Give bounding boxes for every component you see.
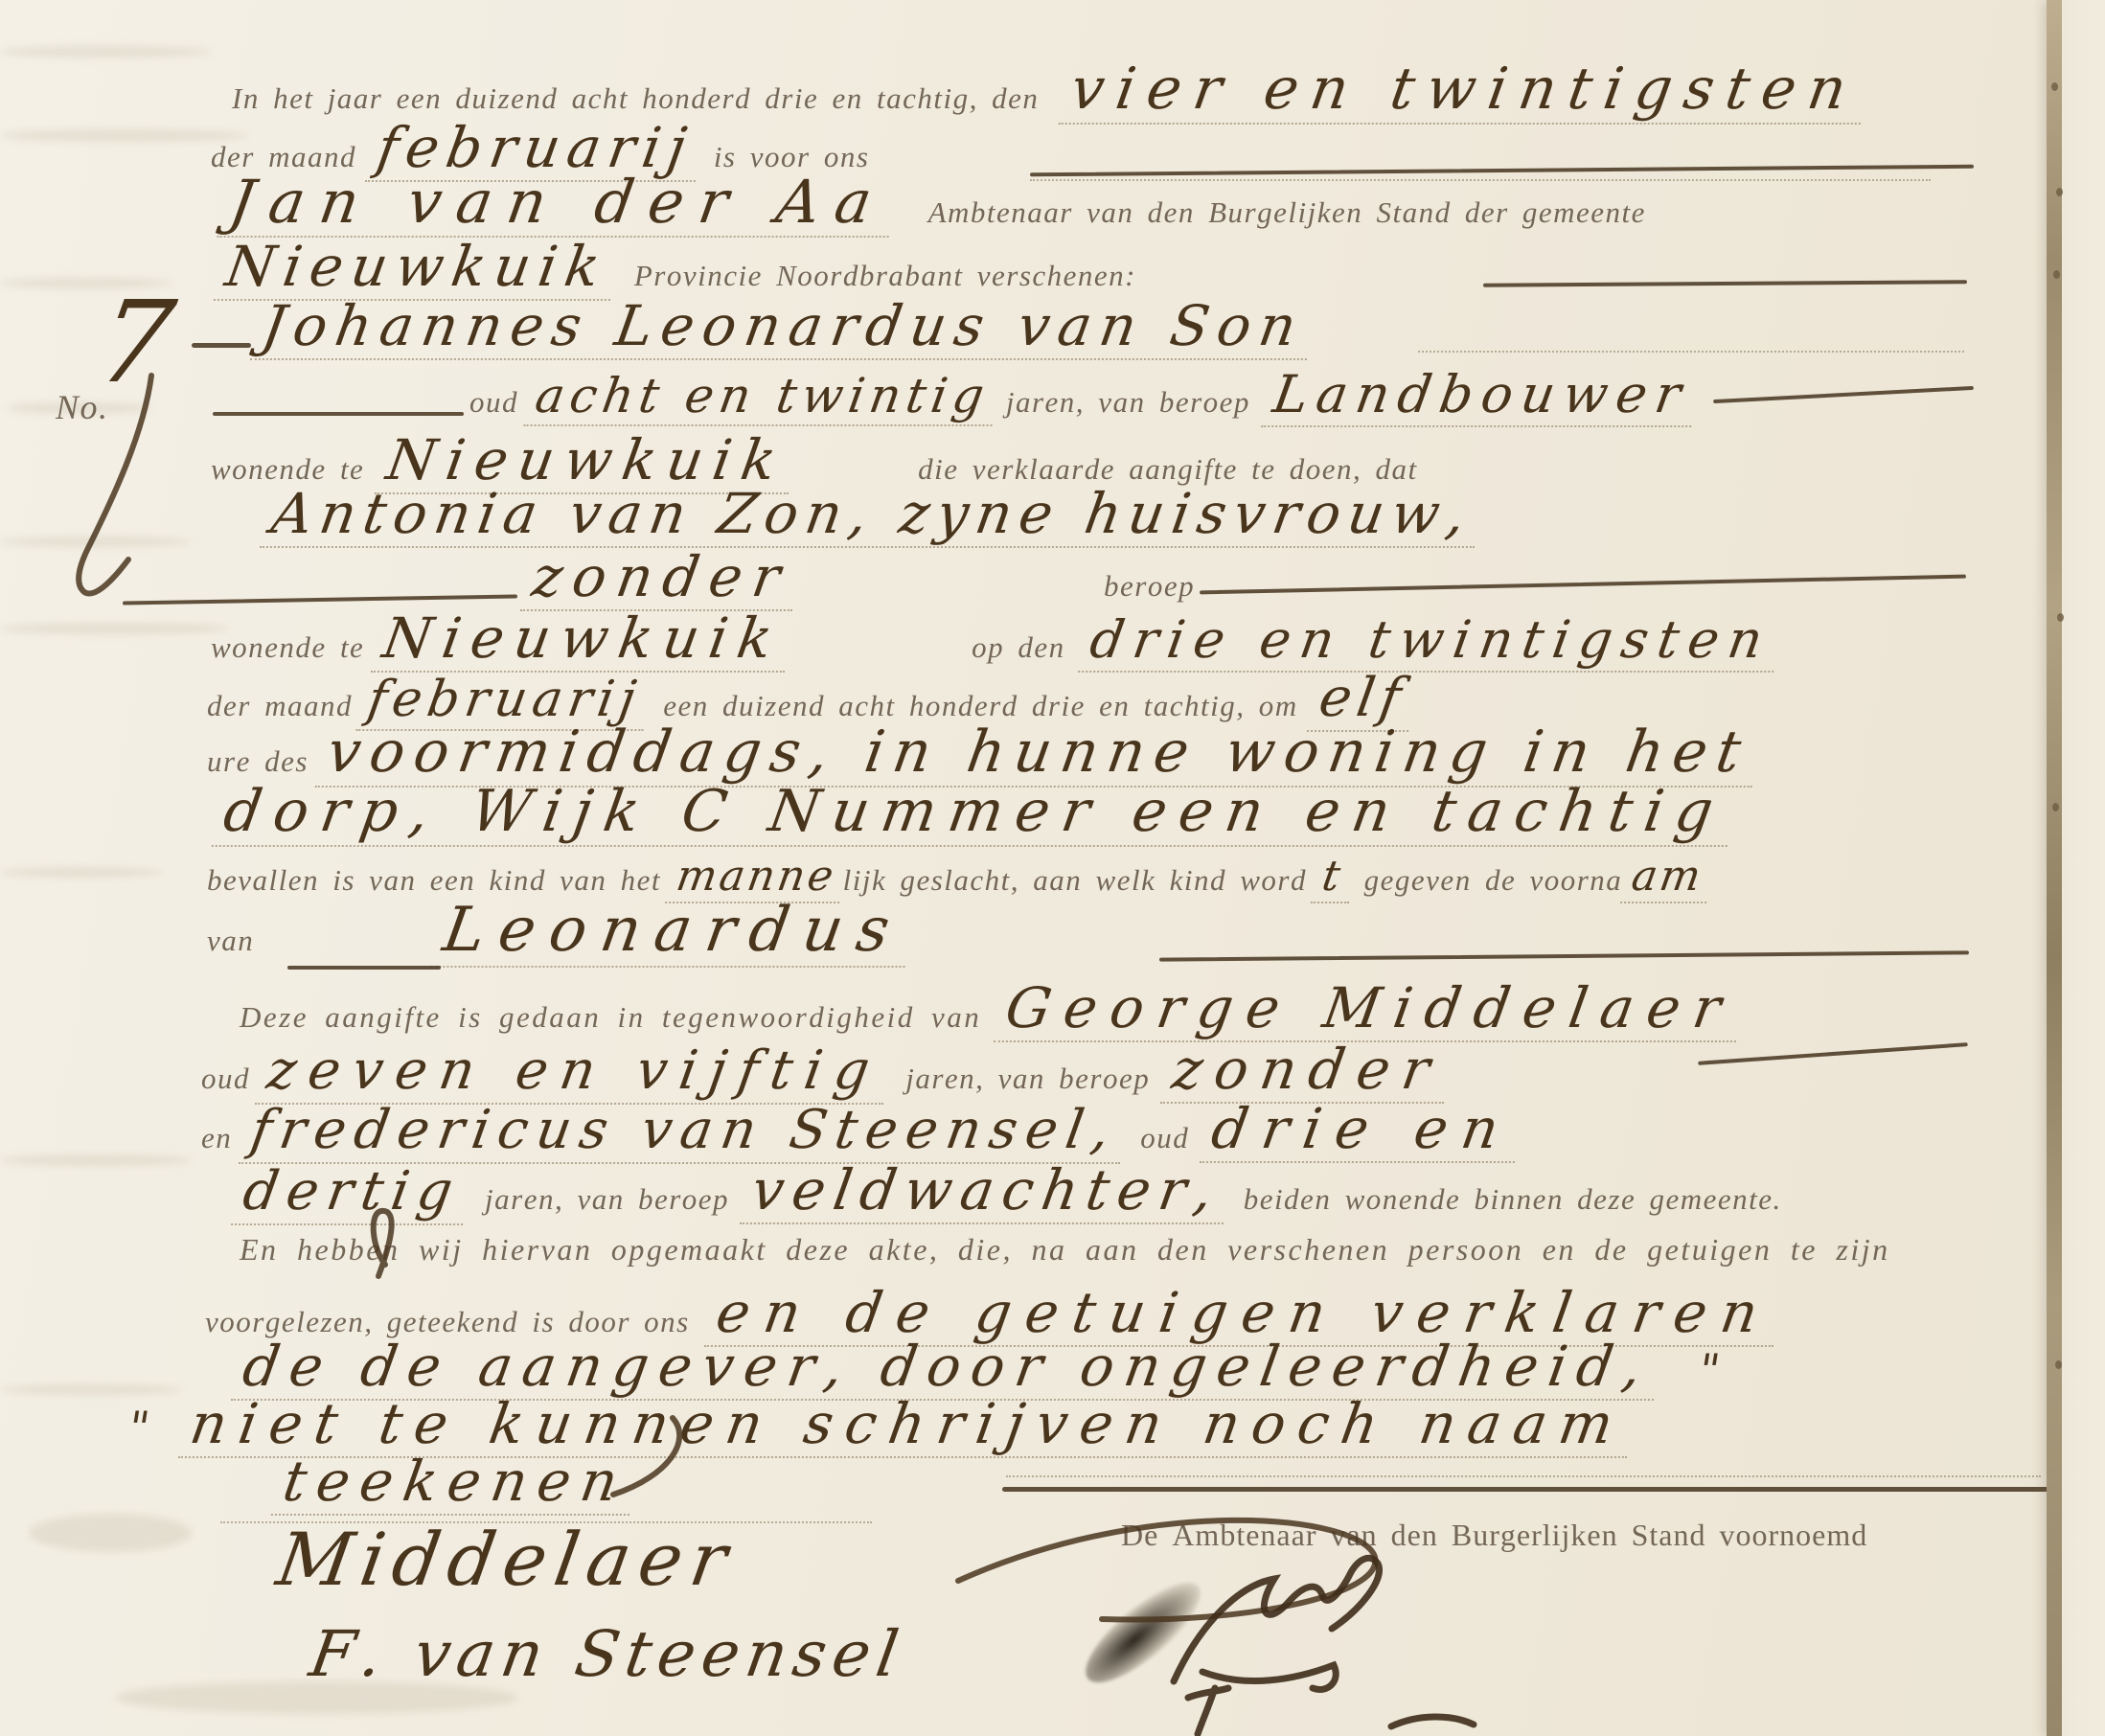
second-signature-start bbox=[1188, 1688, 1228, 1734]
printed-text: En hebben wij hiervan opgemaakt deze akt… bbox=[240, 1232, 1890, 1268]
form-line-10: wonende te Nieuwkuik op den drie en twin… bbox=[211, 609, 1778, 673]
signature-text: Middelaer bbox=[263, 1521, 747, 1601]
form-line-14: bevallen is van een kind van het manne l… bbox=[207, 855, 1710, 903]
printed-text: van bbox=[207, 924, 254, 958]
form-line-04: Nieuwkuik Provincie Noordbrabant versche… bbox=[218, 238, 1136, 301]
seam-speck bbox=[2057, 613, 2064, 622]
printed-text: Provincie Noordbrabant verschenen: bbox=[634, 259, 1136, 293]
handwritten-text: Leonardus bbox=[431, 899, 916, 968]
printed-text: jaren, van beroep bbox=[905, 1062, 1150, 1096]
form-line-15: van Leonardus bbox=[207, 899, 910, 968]
handwritten-number: 7 bbox=[82, 284, 189, 405]
birth-record-page: No. 7 In het jaar een duizend acht honde… bbox=[0, 0, 2105, 1736]
printed-text: lijk geslacht, aan welk kind word bbox=[843, 863, 1307, 898]
closing-official-title: De Ambtenaar van den Burgerlijken Stand … bbox=[1121, 1518, 1867, 1553]
witness-signature-2: F. van Steensel bbox=[303, 1621, 911, 1690]
page-edge bbox=[2062, 0, 2105, 1736]
printed-text: gegeven de voorna bbox=[1364, 863, 1623, 898]
printed-text: oud bbox=[1140, 1121, 1189, 1155]
bleed-mark bbox=[0, 46, 211, 57]
form-line-24: teekenen bbox=[276, 1452, 634, 1516]
handwritten-text: am bbox=[1620, 855, 1714, 903]
form-line-06: oud acht en twintig jaren, van beroep La… bbox=[469, 368, 1696, 427]
dotted-guide bbox=[1006, 1475, 2041, 1477]
printed-text: oud bbox=[469, 385, 518, 420]
handwritten-text: George Middelaer bbox=[994, 979, 1746, 1042]
form-line-08: Antonia van Zon, zyne huisvrouw, bbox=[264, 485, 1479, 548]
printed-text: ure des bbox=[207, 744, 309, 779]
printed-text: De Ambtenaar van den Burgerlijken Stand … bbox=[1121, 1518, 1867, 1553]
printed-text: jaren, van beroep bbox=[1006, 385, 1250, 420]
printed-text: der maand bbox=[207, 689, 353, 723]
ink-line bbox=[1159, 950, 1969, 961]
seam-speck bbox=[2056, 188, 2063, 196]
handwritten-text: acht en twintig bbox=[523, 371, 1000, 426]
form-line-20: En hebben wij hiervan opgemaakt deze akt… bbox=[240, 1232, 1890, 1268]
handwritten-text: fredericus van Steensel, bbox=[239, 1103, 1130, 1164]
ink-line bbox=[1483, 280, 1967, 287]
form-line-13: dorp, Wijk C Nummer een en tachtig bbox=[217, 782, 1732, 847]
form-line-09: zonder beroep bbox=[525, 548, 1195, 611]
seam-speck bbox=[2052, 803, 2059, 811]
form-line-18: en fredericus van Steensel, oud drie en bbox=[201, 1100, 1520, 1164]
form-line-17: oud zeven en vijftig jaren, van beroep z… bbox=[201, 1040, 1449, 1105]
witness-signature-1: Middelaer bbox=[270, 1521, 742, 1601]
handwritten-text: vier en twintigsten bbox=[1059, 59, 1870, 125]
ink-line bbox=[1713, 386, 1974, 403]
handwritten-text: Jan van der Aa bbox=[217, 171, 899, 238]
bleed-mark bbox=[0, 1384, 182, 1395]
printed-text: wonende te bbox=[211, 630, 364, 665]
signature-text: F. van Steensel bbox=[297, 1621, 917, 1690]
printed-text: beroep bbox=[1104, 569, 1195, 604]
ink-line bbox=[1002, 1487, 2056, 1492]
handwritten-text: zonder bbox=[520, 548, 802, 611]
bleed-mark bbox=[0, 1154, 192, 1166]
handwritten-text: drie en twintigsten bbox=[1078, 613, 1783, 673]
printed-text: en bbox=[201, 1121, 232, 1155]
handwritten-text: teekenen bbox=[271, 1452, 640, 1516]
handwritten-text: Nieuwkuik bbox=[371, 609, 794, 673]
ink-line bbox=[213, 412, 464, 416]
form-line-05: Johannes Leonardus van Son bbox=[255, 297, 1312, 360]
bleed-mark bbox=[0, 537, 192, 547]
handwritten-text: Antonia van Zon, zyne huisvrouw, bbox=[260, 485, 1485, 548]
ink-line bbox=[123, 594, 517, 605]
printed-text: beiden wonende binnen deze gemeente. bbox=[1244, 1182, 1782, 1217]
form-line-16: Deze aangifte is gedaan in tegenwoordigh… bbox=[240, 979, 1741, 1042]
handwritten-quote-mark: " bbox=[1687, 1347, 1736, 1396]
handwritten-text: dorp, Wijk C Nummer een en tachtig bbox=[212, 782, 1737, 847]
handwritten-text: Landbouwer bbox=[1261, 368, 1701, 427]
handwritten-text: dertig bbox=[231, 1164, 472, 1225]
handwritten-text: drie en bbox=[1200, 1100, 1524, 1163]
bleed-mark bbox=[29, 1514, 192, 1552]
handwritten-text: Johannes Leonardus van Son bbox=[250, 297, 1316, 360]
seam-speck bbox=[2051, 82, 2058, 91]
printed-text: op den bbox=[972, 630, 1065, 665]
ink-line bbox=[1698, 1042, 1968, 1065]
dotted-guide bbox=[1418, 351, 1964, 353]
ink-line bbox=[287, 966, 441, 970]
seam-speck bbox=[2055, 1360, 2062, 1369]
ink-dash bbox=[192, 343, 251, 348]
handwritten-text: zonder bbox=[1160, 1040, 1453, 1104]
printed-text: In het jaar een duizend acht honderd dri… bbox=[232, 81, 1039, 116]
handwritten-text: t bbox=[1311, 855, 1357, 903]
seam-speck bbox=[2053, 270, 2060, 279]
printed-text: Deze aangifte is gedaan in tegenwoordigh… bbox=[240, 1000, 981, 1035]
handwritten-text: Nieuwkuik bbox=[214, 238, 620, 301]
form-line-19: dertig jaren, van beroep veldwachter, be… bbox=[236, 1161, 1782, 1225]
bleed-mark bbox=[0, 623, 230, 634]
handwritten-text: zeven en vijftig bbox=[255, 1043, 893, 1105]
bleed-mark bbox=[0, 867, 163, 878]
binding-seam bbox=[2047, 0, 2062, 1736]
printed-text: oud bbox=[201, 1062, 250, 1096]
printed-text: Ambtenaar van den Burgelijken Stand der … bbox=[928, 195, 1646, 230]
official-signature-scrawl bbox=[1174, 1558, 1379, 1681]
act-number-value: 7 bbox=[92, 284, 179, 405]
handwritten-text: veldwachter, bbox=[740, 1161, 1233, 1224]
ink-line bbox=[1200, 575, 1966, 595]
official-signature-underline bbox=[1202, 1665, 1336, 1689]
handwritten-quote-mark: " bbox=[117, 1405, 166, 1453]
form-line-03: Jan van der Aa Ambtenaar van den Burgeli… bbox=[222, 171, 1646, 238]
ink-blot bbox=[1072, 1567, 1214, 1698]
printed-text: jaren, van beroep bbox=[485, 1182, 729, 1217]
printed-text: bevallen is van een kind van het bbox=[207, 863, 661, 898]
bottom-right-flourish bbox=[1391, 1717, 1474, 1726]
